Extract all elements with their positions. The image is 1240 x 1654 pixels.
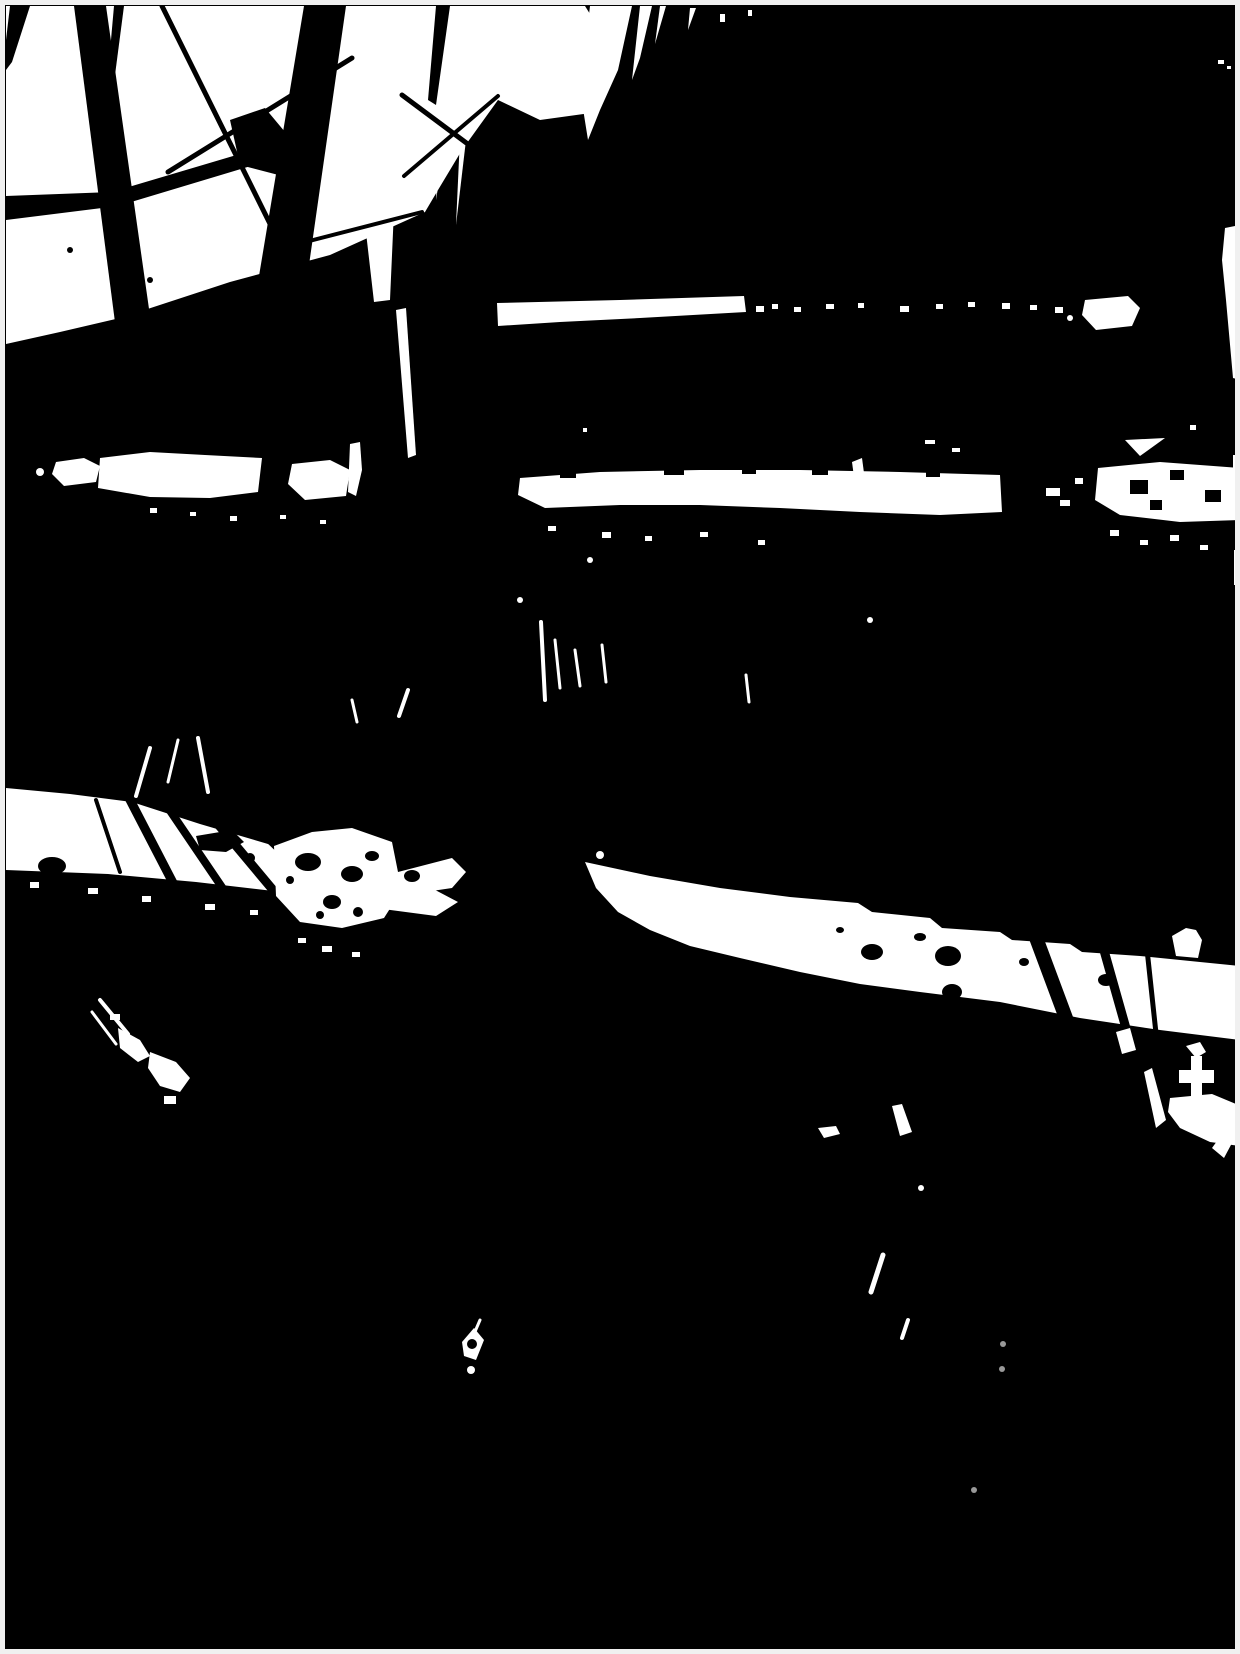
binarized-photo [0,0,1240,1654]
photo-canvas [0,0,1240,1654]
